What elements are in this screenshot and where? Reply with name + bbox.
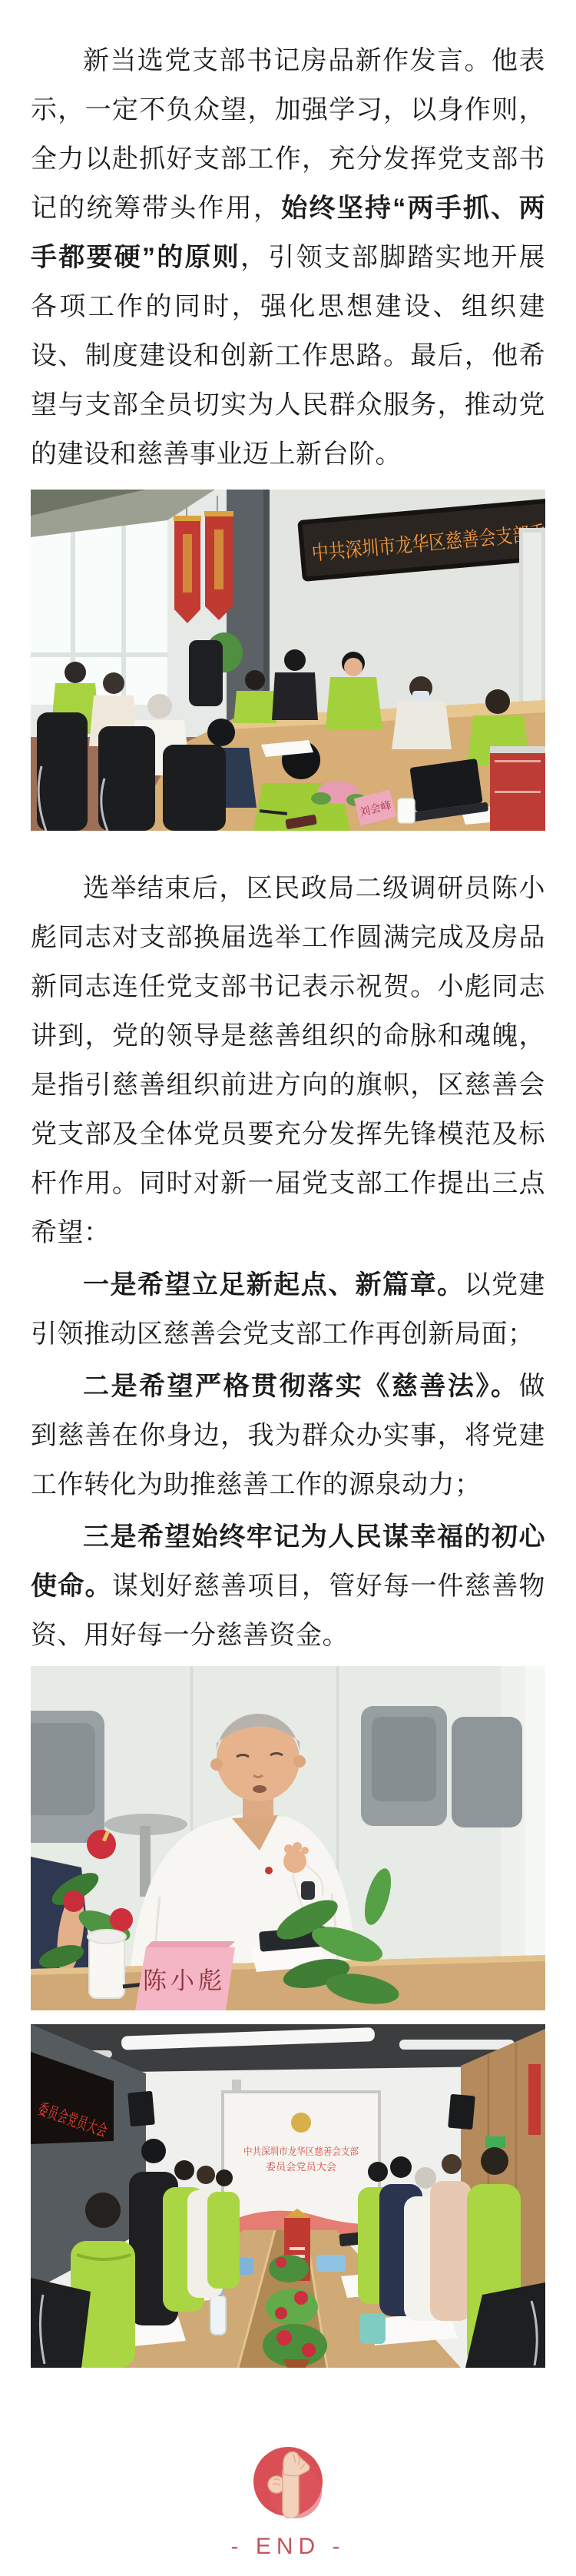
- svg-text:陈小彪: 陈小彪: [143, 1967, 226, 1994]
- exit-sign: [485, 2136, 505, 2148]
- oath-hand-icon: [251, 2445, 325, 2518]
- svg-text:委员会党员大会: 委员会党员大会: [266, 2161, 336, 2173]
- photo-assembly-room[interactable]: 委员会党员大会 中共深圳市龙华区慈善会支部 委员会党员大会: [31, 2024, 545, 2368]
- red-cabinet: [490, 746, 545, 831]
- photo-speaker-chenxiaobiao[interactable]: 陈小彪: [31, 1666, 545, 2010]
- assembly-illustration: 委员会党员大会 中共深圳市龙华区慈善会支部 委员会党员大会: [31, 2024, 545, 2368]
- end-badge-icon: [251, 2445, 325, 2518]
- pink-nameplate: 陈小彪: [135, 1941, 235, 2010]
- meeting-room-illustration: 中共深圳市龙华区慈善会支部委: [31, 490, 545, 831]
- paragraph-congratulation: 选举结束后，区民政局二级调研员陈小彪同志对支部换届选举工作圆满完成及房品新同志连…: [31, 864, 545, 1257]
- end-label: - END -: [31, 2531, 545, 2563]
- paragraph-hope-1: 一是希望立足新起点、新篇章。以党建引领推动区慈善会党支部工作再创新局面；: [31, 1260, 545, 1359]
- paragraph-hope-2: 二是希望严格贯彻落实《慈善法》。做到慈善在你身边，我为群众办实事，将党建工作转化…: [31, 1362, 545, 1509]
- paragraph-hope-3: 三是希望始终牢记为人民谋幸福的初心使命。谋划好慈善项目，管好每一件慈善物资、用好…: [31, 1512, 545, 1660]
- photo-meeting-room[interactable]: 中共深圳市龙华区慈善会支部委: [31, 490, 545, 831]
- article-body: 新当选党支部书记房品新作发言。他表示，一定不负众望，加强学习，以身作则，全力以赴…: [0, 0, 576, 2566]
- speaker-illustration: 陈小彪: [31, 1666, 545, 2010]
- paragraph-speech: 新当选党支部书记房品新作发言。他表示，一定不负众望，加强学习，以身作则，全力以赴…: [31, 36, 545, 479]
- wrist-watch: [301, 1881, 315, 1900]
- wall-pennant: [528, 2064, 541, 2135]
- svg-text:中共深圳市龙华区慈善会支部: 中共深圳市龙华区慈善会支部: [243, 2146, 359, 2157]
- article-end-block: - END -: [31, 2445, 545, 2566]
